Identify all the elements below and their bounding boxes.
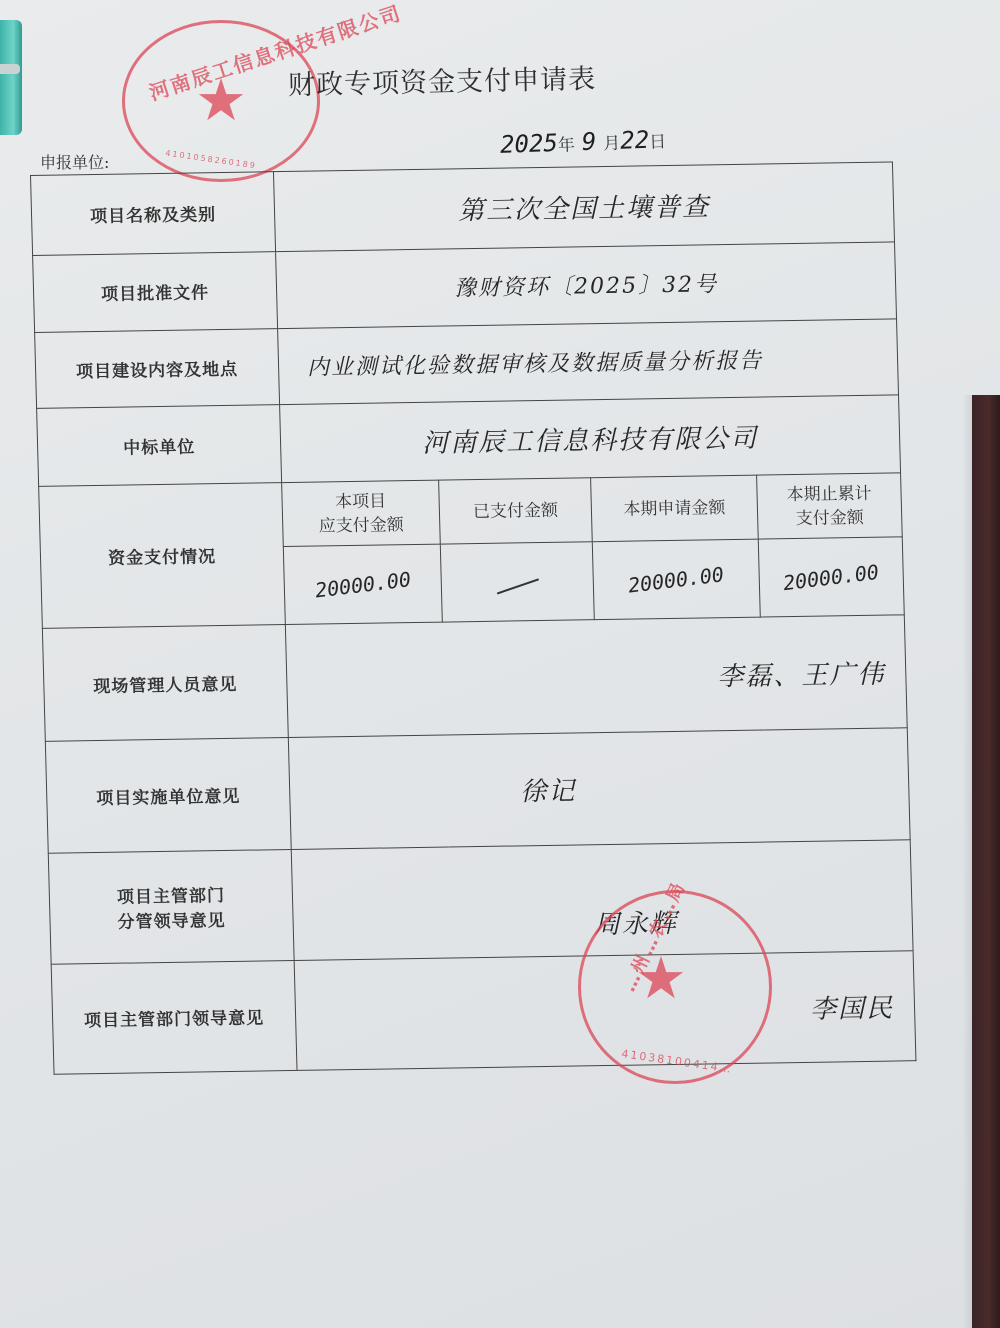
cumulative-amount-cell: 20000.00 [758,537,904,617]
opinion-row: 项目实施单位意见 徐记 [45,728,910,854]
payable-amount-header: 本项目 应支付金额 [282,480,441,547]
cumulative-amount-header: 本期止累计 支付金额 [757,473,903,539]
approval-document-value: 豫财资环〔2025〕32号 [276,242,897,328]
row-label: 中标单位 [37,404,282,486]
document-title: 财政专项资金支付申请表 [288,57,597,102]
cumulative-amount-value: 20000.00 [782,560,881,595]
row-label: 项目建设内容及地点 [35,328,280,408]
header-line: 本项目 [282,488,439,514]
implementing-unit-signature: 徐记 [288,728,910,850]
construction-content-value: 内业测试化验数据审核及数据质量分析报告 [278,318,899,404]
row-label: 项目实施单位意见 [45,737,291,853]
star-icon: ★ [635,949,687,1007]
row-label: 资金支付情况 [39,483,286,629]
form-row: 项目建设内容及地点 内业测试化验数据审核及数据质量分析报告 [35,318,899,408]
date-day-unit: 日 [649,132,667,153]
row-label: 项目主管部门领导意见 [51,960,297,1074]
payable-amount-value: 20000.00 [313,567,412,602]
applicant-label: 申报单位: [40,150,109,173]
form-row: 项目名称及类别 第三次全国土壤普查 [31,162,895,256]
label-line: 项目主管部门 [50,880,293,909]
date-day: 22 [620,126,650,155]
requested-amount-cell: 20000.00 [592,539,760,620]
row-label: 项目名称及类别 [31,172,276,256]
row-label: 项目批准文件 [33,252,278,332]
payable-amount-cell: 20000.00 [283,544,442,625]
stamp-code: 4101058260189 [165,149,258,171]
date-year: 2025 [500,129,559,159]
header-line: 应支付金额 [283,512,440,538]
paper-shadow [962,395,972,1328]
form-date: 2025年 9 月22日 [500,125,667,159]
dash-mark [496,579,538,595]
project-name-value: 第三次全国土壤普查 [273,162,894,252]
stamp-code: 41038100414… [621,1047,734,1075]
header-line: 支付金额 [758,505,902,531]
site-manager-signature: 李磊、王广伟 [285,615,907,737]
desk-edge [972,395,1000,1328]
row-label: 项目主管部门 分管领导意见 [48,850,294,964]
date-month: 9 [581,128,596,156]
form-row: 中标单位 河南辰工信息科技有限公司 [37,395,901,487]
payment-application-form: 项目名称及类别 第三次全国土壤普查 项目批准文件 豫财资环〔2025〕32号 项… [30,161,915,1074]
binder-clip [0,20,22,135]
date-year-unit: 年 [558,135,576,156]
star-icon: ★ [195,71,247,129]
row-label: 现场管理人员意见 [42,625,288,741]
paid-amount-header: 已支付金额 [439,478,593,545]
header-line: 本期止累计 [757,481,901,507]
opinion-row: 项目主管部门领导意见 李国民 [51,950,916,1074]
paid-amount-cell [440,542,594,623]
opinion-row: 现场管理人员意见 李磊、王广伟 [42,615,907,741]
winning-bidder-value: 河南辰工信息科技有限公司 [280,395,901,483]
opinion-row: 项目主管部门 分管领导意见 周永辉 [48,840,913,964]
department-seal-stamp: …州…农…局 ★ 41038100414… [578,890,772,1084]
requested-amount-value: 20000.00 [627,562,726,597]
requested-amount-header: 本期申请金额 [591,475,759,542]
label-line: 分管领导意见 [50,905,293,934]
form-row: 项目批准文件 豫财资环〔2025〕32号 [33,242,897,332]
date-month-unit: 月 [603,134,621,155]
